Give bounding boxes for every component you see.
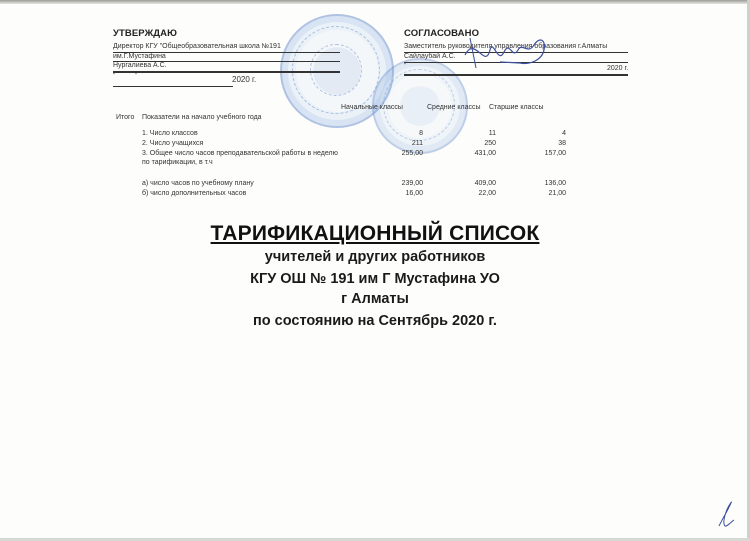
approve-date-quote-close: ": [135, 73, 137, 79]
agree-date-quote: ": [404, 63, 406, 69]
agree-line-2: Сайлаубай А.С.: [404, 53, 456, 60]
hours-middle: 431,00: [436, 150, 496, 157]
classes-primary: 8: [363, 130, 423, 137]
row-label-classes: 1. Число классов: [142, 130, 198, 137]
approve-line-2: им.Г.Мустафина: [113, 53, 166, 60]
extra-hours-primary: 16,00: [363, 190, 423, 197]
hours-primary: 255,00: [363, 150, 423, 157]
extra-hours-middle: 22,00: [436, 190, 496, 197]
students-middle: 250: [436, 140, 496, 147]
students-primary: 211: [363, 140, 423, 147]
row-label-total-hours: 3. Общее число часов преподавательской р…: [142, 150, 338, 157]
signature-agree: [460, 30, 550, 75]
row-label-extra-hours: б) число дополнительных часов: [142, 190, 246, 197]
classes-middle: 11: [436, 130, 496, 137]
row-label-plan-hours: а) число часов по учебному плану: [142, 180, 254, 187]
column-header-primary: Начальные классы: [341, 104, 403, 111]
students-senior: 38: [506, 140, 566, 147]
plan-hours-senior: 136,00: [506, 180, 566, 187]
extra-hours-senior: 21,00: [506, 190, 566, 197]
corner-initials-signature: [715, 500, 737, 530]
plan-hours-primary: 239,00: [363, 180, 423, 187]
row-label-total-hours-cont: по тарификации, в т.ч: [142, 159, 213, 166]
label-total: Итого: [116, 114, 134, 121]
row-label-students: 2. Число учащихся: [142, 140, 203, 147]
approve-year: 2020 г.: [232, 75, 256, 84]
column-header-senior: Старшие классы: [489, 104, 543, 111]
title-subtitle-1: учителей и других работников: [0, 249, 750, 265]
column-header-middle: Средние классы: [427, 104, 481, 111]
hours-senior: 157,00: [506, 150, 566, 157]
classes-senior: 4: [506, 130, 566, 137]
label-indicators: Показатели на начало учебного года: [142, 114, 262, 121]
approve-underline-3: [113, 71, 340, 73]
document-title: ТАРИФИКАЦИОННЫЙ СПИСОК: [0, 222, 750, 246]
approve-line-1: Директор КГУ "Общеобразовательная школа …: [113, 43, 281, 50]
plan-hours-middle: 409,00: [436, 180, 496, 187]
title-subtitle-3: г Алматы: [0, 291, 750, 307]
approve-heading: УТВЕРЖДАЮ: [113, 28, 177, 39]
title-subtitle-4: по состоянию на Сентябрь 2020 г.: [0, 313, 750, 329]
approve-date-quote-open: ": [113, 73, 115, 79]
approve-date-line: [113, 86, 233, 87]
agree-year: 2020 г.: [607, 65, 628, 72]
approve-line-3: Нургалиева А.С.: [113, 62, 167, 69]
title-subtitle-2: КГУ ОШ № 191 им Г Мустафина УО: [0, 271, 750, 287]
scan-top-edge: [0, 0, 750, 4]
